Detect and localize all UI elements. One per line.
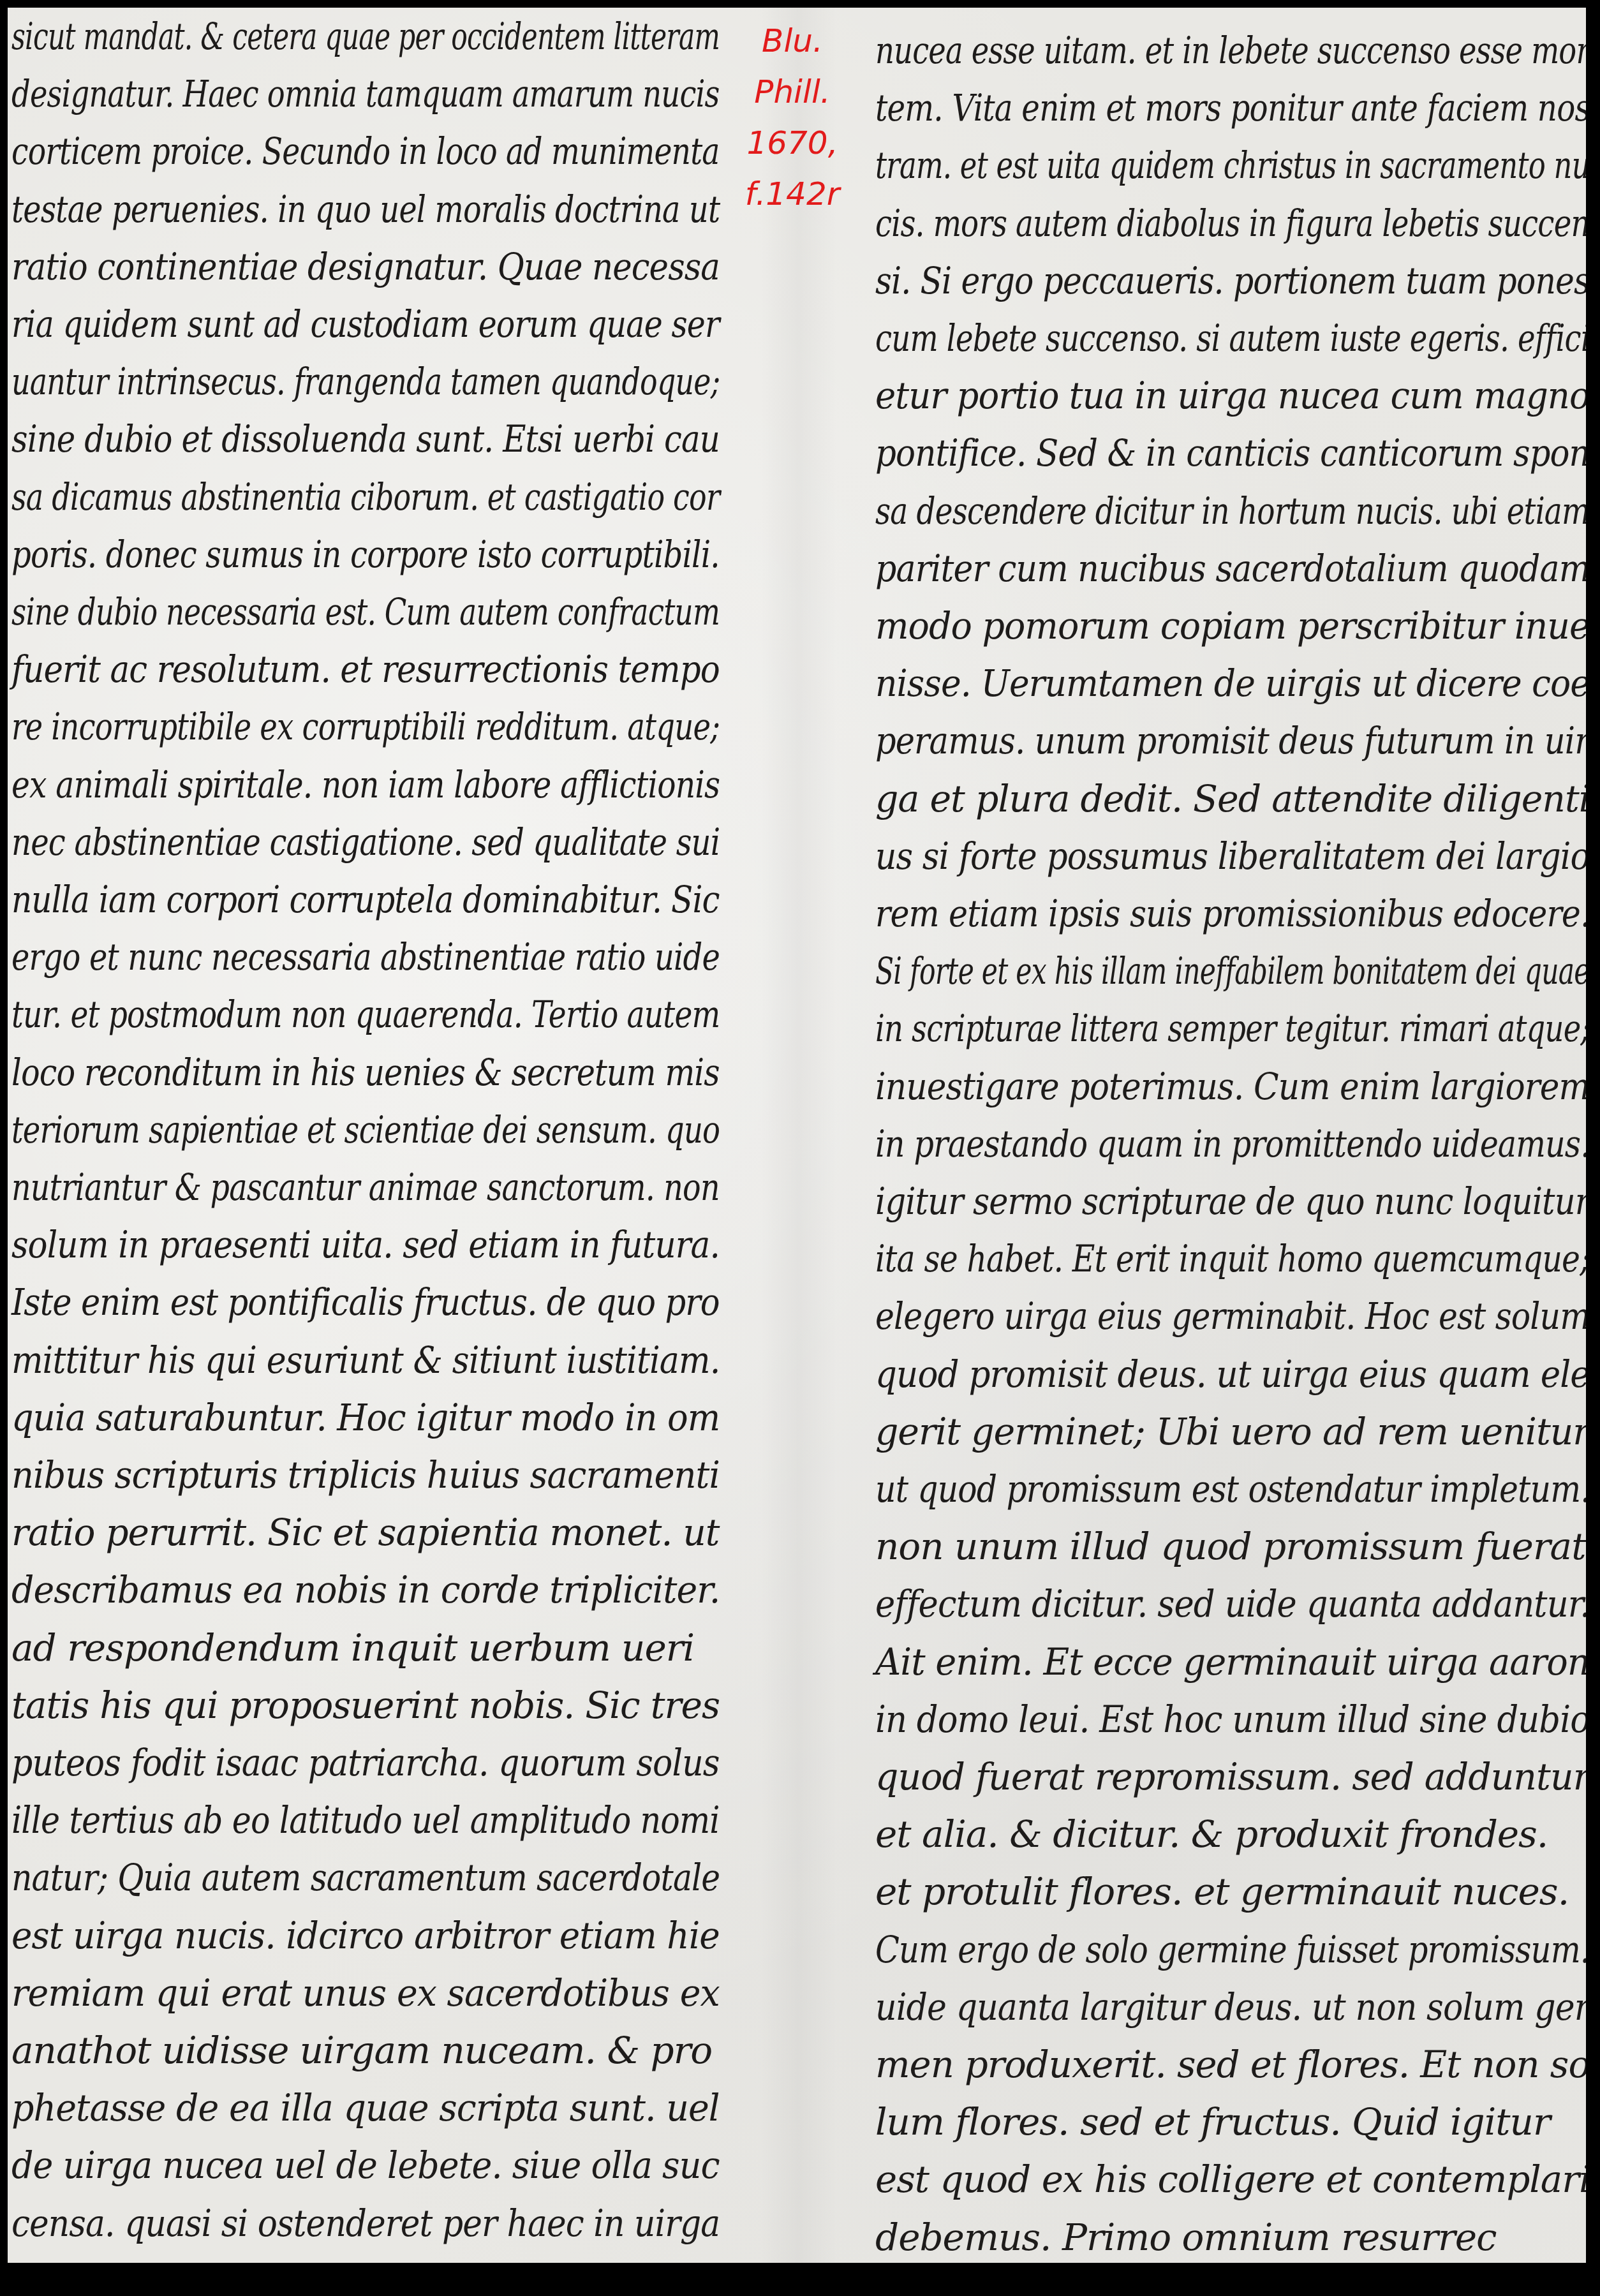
red-shelfmark-annotation: Blu. Phill. 1670, f.142r bbox=[744, 15, 840, 219]
text-line: rem etiam ipsis suis promissionibus edoc… bbox=[875, 891, 1586, 936]
text-line: ille tertius ab eo latitudo uel amplitud… bbox=[11, 1798, 720, 1842]
text-line: ratio perurrit. Sic et sapientia monet. … bbox=[11, 1510, 720, 1555]
text-line: debemus. Primo omnium resurrec bbox=[875, 2215, 1497, 2260]
text-line: Iste enim est pontificalis fructus. de q… bbox=[11, 1280, 720, 1324]
text-line: gerit germinet; Ubi uero ad rem uenitur bbox=[875, 1409, 1586, 1454]
text-line: testae peruenies. in quo uel moralis doc… bbox=[11, 187, 720, 232]
text-line: in praestando quam in promittendo uideam… bbox=[875, 1122, 1586, 1166]
text-line: si. Si ergo peccaueris. portionem tuam p… bbox=[875, 258, 1586, 303]
text-line: et protulit flores. et germinauit nuces. bbox=[875, 1869, 1569, 1914]
text-line: est quod ex his colligere et contemplari bbox=[875, 2157, 1586, 2202]
text-line: est uirga nucis. idcirco arbitror etiam … bbox=[11, 1913, 720, 1958]
text-line: ratio continentiae designatur. Quae nece… bbox=[11, 244, 720, 289]
text-line: nutriantur & pascantur animae sanctorum.… bbox=[11, 1165, 720, 1210]
text-line: corticem proice. Secundo in loco ad muni… bbox=[11, 129, 720, 174]
text-line: ga et plura dedit. Sed attendite diligen… bbox=[875, 776, 1586, 821]
text-line: in domo leui. Est hoc unum illud sine du… bbox=[875, 1697, 1586, 1742]
text-line: quia saturabuntur. Hoc igitur modo in om bbox=[11, 1395, 720, 1440]
text-line: tur. et postmodum non quaerenda. Tertio … bbox=[11, 992, 720, 1037]
text-line: sine dubio necessaria est. Cum autem con… bbox=[11, 589, 720, 634]
annotation-line: Phill. bbox=[744, 66, 840, 117]
text-line: tatis his qui proposuerint nobis. Sic tr… bbox=[11, 1683, 720, 1728]
text-line: modo pomorum copiam perscribitur inue bbox=[875, 604, 1586, 648]
text-line: loco reconditum in his uenies & secretum… bbox=[11, 1050, 720, 1095]
text-line: nucea esse uitam. et in lebete succenso … bbox=[875, 28, 1586, 73]
text-line: quod promisit deus. ut uirga eius quam e… bbox=[875, 1352, 1586, 1396]
text-line: nulla iam corpori corruptela dominabitur… bbox=[11, 877, 720, 922]
text-line: etur portio tua in uirga nucea cum magno bbox=[875, 373, 1586, 418]
annotation-line: 1670, bbox=[744, 117, 840, 168]
text-line: effectum dicitur. sed uide quanta addant… bbox=[875, 1581, 1586, 1626]
text-line: ut quod promissum est ostendatur impletu… bbox=[875, 1467, 1586, 1511]
text-line: sa descendere dicitur in hortum nucis. u… bbox=[875, 489, 1586, 533]
text-line: pontifice. Sed & in canticis canticorum … bbox=[875, 431, 1586, 475]
text-line: ad respondendum inquit uerbum ueri bbox=[11, 1626, 694, 1670]
text-line: re incorruptibile ex corruptibili reddit… bbox=[11, 704, 720, 749]
text-line: poris. donec sumus in corpore isto corru… bbox=[11, 532, 720, 577]
text-line: sa dicamus abstinentia ciborum. et casti… bbox=[11, 475, 720, 519]
text-line: et alia. & dicitur. & produxit frondes. bbox=[875, 1812, 1548, 1856]
text-line: describamus ea nobis in corde triplicite… bbox=[11, 1567, 720, 1612]
text-line: censa. quasi si ostenderet per haec in u… bbox=[11, 2201, 720, 2246]
text-line: non unum illud quod promissum fuerat bbox=[875, 1524, 1586, 1569]
text-line: Cum ergo de solo germine fuisset promiss… bbox=[875, 1927, 1586, 1972]
text-line: puteos fodit isaac patriarcha. quorum so… bbox=[11, 1740, 720, 1785]
text-line: uantur intrinsecus. frangenda tamen quan… bbox=[11, 359, 720, 404]
text-line: remiam qui erat unus ex sacerdotibus ex bbox=[11, 1971, 720, 2015]
text-line: nisse. Uerumtamen de uirgis ut dicere co… bbox=[875, 661, 1586, 706]
text-line: nibus scripturis triplicis huius sacrame… bbox=[11, 1453, 720, 1497]
text-line: uide quanta largitur deus. ut non solum … bbox=[875, 1985, 1586, 2029]
text-line: in scripturae littera semper tegitur. ri… bbox=[875, 1006, 1586, 1051]
text-line: igitur sermo scripturae de quo nunc loqu… bbox=[875, 1179, 1586, 1224]
text-line: teriorum sapientiae et scientiae dei sen… bbox=[11, 1107, 720, 1152]
text-line: quod fuerat repromissum. sed adduntur bbox=[875, 1754, 1586, 1799]
text-line: natur; Quia autem sacramentum sacerdotal… bbox=[11, 1855, 720, 1900]
text-line: nec abstinentiae castigatione. sed quali… bbox=[11, 820, 720, 864]
annotation-line: f.142r bbox=[744, 168, 840, 219]
text-line: elegero uirga eius germinabit. Hoc est s… bbox=[875, 1294, 1586, 1338]
text-line: designatur. Haec omnia tamquam amarum nu… bbox=[11, 71, 720, 116]
text-line: men produxerit. sed et flores. Et non so bbox=[875, 2042, 1586, 2087]
text-line: inuestigare poterimus. Cum enim largiore… bbox=[875, 1064, 1586, 1109]
text-line: phetasse de ea illa quae scripta sunt. u… bbox=[11, 2085, 720, 2130]
text-line: peramus. unum promisit deus futurum in u… bbox=[875, 718, 1586, 763]
manuscript-page: Blu. Phill. 1670, f.142r sicut mandat. &… bbox=[8, 8, 1586, 2263]
text-line: sine dubio et dissoluenda sunt. Etsi uer… bbox=[11, 417, 720, 461]
text-line: sicut mandat. & cetera quae per occident… bbox=[11, 14, 720, 59]
text-line: Ait enim. Et ecce germinauit uirga aaron bbox=[875, 1640, 1586, 1684]
text-line: anathot uidisse uirgam nuceam. & pro bbox=[11, 2028, 712, 2073]
text-line: tem. Vita enim et mors ponitur ante faci… bbox=[875, 85, 1586, 130]
text-line: mittitur his qui esuriunt & sitiunt iust… bbox=[11, 1338, 720, 1382]
text-line: solum in praesenti uita. sed etiam in fu… bbox=[11, 1222, 720, 1267]
text-line: Si forte et ex his illam ineffabilem bon… bbox=[875, 949, 1586, 993]
text-line: cum lebete succenso. si autem iuste eger… bbox=[875, 316, 1586, 360]
text-line: lum flores. sed et fructus. Quid igitur bbox=[875, 2100, 1550, 2144]
text-line: fuerit ac resolutum. et resurrectionis t… bbox=[11, 647, 720, 692]
text-line: pariter cum nucibus sacerdotalium quodam bbox=[875, 546, 1586, 591]
text-line: cis. mors autem diabolus in figura lebet… bbox=[875, 201, 1586, 246]
text-line: de uirga nucea uel de lebete. siue olla … bbox=[11, 2143, 720, 2188]
text-line: ita se habet. Et erit inquit homo quemcu… bbox=[875, 1236, 1586, 1281]
text-line: ria quidem sunt ad custodiam eorum quae … bbox=[11, 302, 720, 346]
annotation-line: Blu. bbox=[744, 15, 840, 66]
gutter-shadow bbox=[760, 8, 837, 2263]
text-line: ex animali spiritale. non iam labore aff… bbox=[11, 762, 720, 807]
text-line: us si forte possumus liberalitatem dei l… bbox=[875, 834, 1586, 878]
text-line: tram. et est uita quidem christus in sac… bbox=[875, 143, 1586, 188]
text-line: ergo et nunc necessaria abstinentiae rat… bbox=[11, 935, 720, 979]
